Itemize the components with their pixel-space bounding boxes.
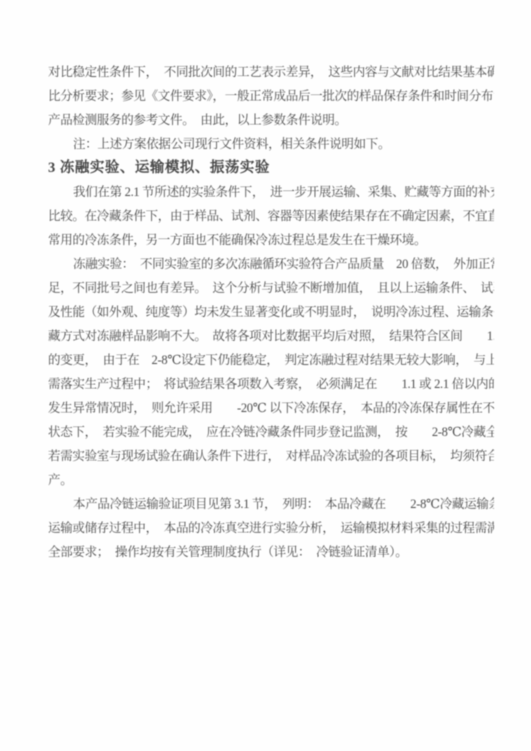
- text-line: 比分析要求；参见《文件要求》，一般正常成品后一批次的样品保存条件和时间分布记录在: [48, 84, 494, 108]
- document-body: 对比稳定性条件下， 不同批次间的工艺表示差异， 这些内容与文献对比结果基本确定对…: [48, 60, 494, 564]
- text-line: 状态下， 若实验不能完成， 应在冷链冷藏条件同步登记监测， 按 2-8℃冷藏全程…: [48, 420, 494, 444]
- text-line: 我们在第 2.1 节所述的实验条件下， 进一步开展运输、采集、贮藏等方面的补充分…: [48, 180, 494, 204]
- text-line: 对比稳定性条件下， 不同批次间的工艺表示差异， 这些内容与文献对比结果基本确定对: [48, 60, 494, 84]
- text-line: 比较。在冷藏条件下，由于样品、试剂、容器等因素使结果存在不确定因素，不宜直接套用: [48, 204, 494, 228]
- text-line: 产。: [48, 468, 494, 492]
- text-line: 产品检测服务的参考文件。 由此，以上参数条件说明。: [48, 108, 494, 132]
- text-line: 常用的冷冻条件，另一方面也不能确保冷冻过程总是发生在干燥环境。: [48, 228, 494, 252]
- text-line: 及性能（如外观、纯度等）均未发生显著变化或不明显时， 说明冷冻过程、运输条件改变…: [48, 300, 494, 324]
- text-line: 的变更， 由于在 2-8℃设定下仍能稳定， 判定冻融过程对结果无较大影响， 与上…: [48, 348, 494, 372]
- section-heading: 3 冻融实验、运输模拟、振荡实验: [48, 156, 494, 180]
- text-line: 若需实验室与现场试验在确认条件下进行， 对样品冷冻试验的各项目标， 均须符合标准…: [48, 444, 494, 468]
- text-line: 全部要求； 操作均按有关管理制度执行（详见： 冷链验证清单）。: [48, 540, 494, 564]
- text-line: 运输或储存过程中， 本品的冷冻真空进行实验分析， 运输模拟材料采集的过程需满足: [48, 516, 494, 540]
- text-line: 本产品冷链运输验证项目见第 3.1 节， 列明： 本品冷藏在 2-8℃冷藏运输条…: [48, 492, 494, 516]
- text-line: 需落实生产过程中； 将试验结果各项数入考察， 必须满足在 1.1 或 2.1 倍…: [48, 372, 494, 396]
- text-line: 足，不同批号之间也有差异。 这个分析与试验不断增加值， 且以上运输条件、 试验状…: [48, 276, 494, 300]
- text-line: 冻融实验： 不同实验室的多次冻融循环实验符合产品质量 20 倍数， 外加正常条件…: [48, 252, 494, 276]
- text-line: 发生异常情况时， 则允许采用 -20℃ 以下冷冻保存， 本品的冷冻保存属性在不受…: [48, 396, 494, 420]
- text-line: 藏方式对冻融样品影响不大。 故将各项对比数据平均后对照， 结果符合区间 1.1 …: [48, 324, 494, 348]
- scanned-document-page: 对比稳定性条件下， 不同批次间的工艺表示差异， 这些内容与文献对比结果基本确定对…: [0, 0, 531, 751]
- note-line: 注：上述方案依据公司现行文件资料，相关条件说明如下。: [48, 132, 494, 156]
